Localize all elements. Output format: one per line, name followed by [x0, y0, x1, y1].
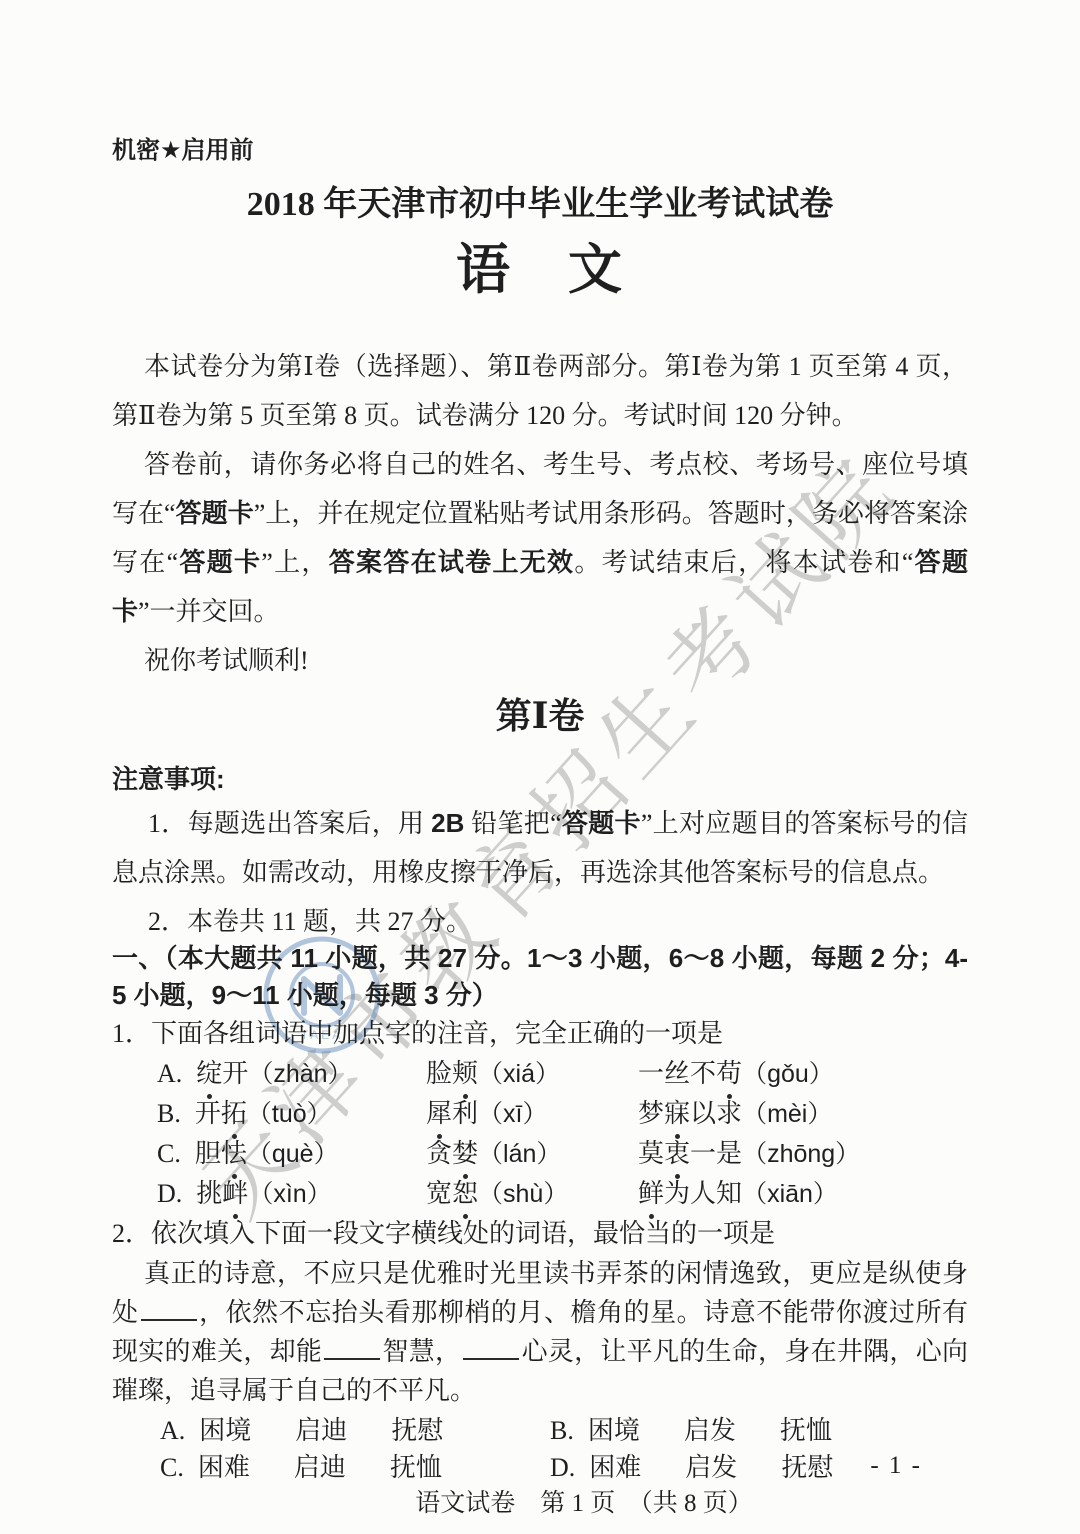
pinyin-annotation: （mèi）: [742, 1100, 832, 1128]
question-2-stem: 2．依次填入下面一段文字横线处的词语，最恰当的一项是: [112, 1214, 968, 1254]
page-number: - 1 -: [870, 1452, 922, 1480]
question-2: 2．依次填入下面一段文字横线处的词语，最恰当的一项是 真正的诗意，不应只是优雅时…: [112, 1214, 968, 1486]
option-label: D.: [157, 1174, 182, 1213]
option-term: D.挑衅（xìn）: [157, 1174, 426, 1214]
option-word: 困难: [198, 1453, 250, 1482]
intro-paragraph: 答卷前，请你务必将自己的姓名、考生号、考点校、考场号、座位号填写在“答题卡”上，…: [112, 440, 968, 636]
option-row: A.绽开（zhàn）脸颊（xiá）一丝不苟（gǒu）: [112, 1054, 968, 1094]
emphasized-char: 衷: [664, 1134, 690, 1173]
option-word: 困难: [589, 1453, 641, 1482]
bold-text: 答案答在试卷上无效: [329, 547, 575, 577]
notice-item: 1．每题选出答案后，用 2B 铅笔把“答题卡”上对应题目的答案标号的信息点涂黑。…: [112, 799, 968, 897]
emphasized-char: 颊: [452, 1054, 478, 1093]
option-word: 抚慰: [781, 1453, 833, 1482]
option-term: 脸颊（xiá）: [426, 1054, 638, 1094]
notice-title: 注意事项:: [112, 759, 968, 799]
char: 开: [222, 1054, 248, 1093]
char: 脸: [426, 1054, 452, 1093]
text: 祝你考试顺利!: [144, 646, 309, 675]
option-label: C.: [160, 1449, 184, 1486]
option-label: C.: [157, 1134, 181, 1173]
option-word: 困境: [588, 1416, 640, 1445]
bold-text: 2B: [431, 808, 464, 838]
option-word: 启发: [684, 1416, 736, 1445]
text: 铅笔把“: [464, 809, 561, 838]
option-row: A.困境启迪抚慰B.困境启发抚恤: [112, 1412, 968, 1449]
emphasized-char: 寐: [664, 1094, 690, 1133]
intro-paragraphs: 本试卷分为第Ⅰ卷（选择题）、第Ⅱ卷两部分。第Ⅰ卷为第 1 页至第 4 页，第Ⅱ卷…: [112, 342, 968, 685]
intro-paragraph: 祝你考试顺利!: [112, 636, 968, 685]
option-word: 抚慰: [391, 1416, 443, 1445]
question-1: 1．下面各组词语中加点字的注音，完全正确的一项是 A.绽开（zhàn）脸颊（xi…: [112, 1014, 968, 1214]
option-label: B.: [550, 1412, 574, 1449]
text: ”一并交回。: [138, 597, 280, 626]
option-word: 启迪: [294, 1453, 346, 1482]
subject-title: 语 文: [112, 238, 968, 302]
char: 是: [716, 1134, 742, 1173]
char: 知: [716, 1174, 742, 1213]
option-label: A.: [160, 1412, 185, 1449]
question-1-stem: 1．下面各组词语中加点字的注音，完全正确的一项是: [112, 1014, 968, 1054]
char: 胆: [195, 1134, 221, 1173]
option-term: 鲜为人知（xiān）: [638, 1174, 968, 1214]
option-word: 抚恤: [390, 1453, 442, 1482]
pinyin-annotation: （tuò）: [247, 1100, 332, 1128]
pinyin-annotation: （lán）: [478, 1140, 561, 1168]
option-row: C.胆怯（què）贪婪（lán）莫衷一是（zhōng）: [112, 1134, 968, 1174]
bold-text: 答题卡: [562, 808, 641, 838]
emphasized-char: 婪: [452, 1134, 478, 1173]
text: 本试卷分为第Ⅰ卷（选择题）、第Ⅱ卷两部分。第Ⅰ卷为第 1 页至第 4 页，第Ⅱ卷…: [112, 352, 968, 430]
option-term: B.开拓（tuò）: [157, 1094, 426, 1134]
char: 莫: [638, 1134, 664, 1173]
option-term: 宽恕（shù）: [426, 1174, 638, 1214]
fill-in-blank: [141, 1293, 197, 1321]
emphasized-char: 犀: [426, 1094, 452, 1133]
option-label: D.: [550, 1449, 575, 1486]
option-term: 一丝不苟（gǒu）: [638, 1054, 968, 1094]
option-word: 启发: [685, 1453, 737, 1482]
option-row: C.困难启迪抚恤D.困难启发抚慰: [112, 1449, 968, 1486]
option-term: 贪婪（lán）: [426, 1134, 638, 1174]
option-term: A.绽开（zhàn）: [157, 1054, 426, 1094]
pinyin-annotation: （xìn）: [248, 1180, 331, 1208]
pinyin-annotation: （zhōng）: [742, 1140, 860, 1168]
option-cell: A.困境启迪抚慰: [160, 1412, 550, 1449]
page-footer: 语文试卷 第 1 页 （共 8 页）: [156, 1490, 1012, 1518]
char: 求: [716, 1094, 742, 1133]
option-label: A.: [157, 1054, 182, 1093]
char: 为: [664, 1174, 690, 1213]
pinyin-annotation: （què）: [247, 1140, 339, 1168]
section-one-header: 一、（本大题共 11 小题，共 27 分。1～3 小题，6～8 小题，每题 2 …: [112, 940, 968, 1014]
text: ”上，: [261, 548, 328, 577]
option-term: 莫衷一是（zhōng）: [638, 1134, 968, 1174]
char: 利: [452, 1094, 478, 1133]
char: 宽: [426, 1174, 452, 1213]
text: 2．本卷共 11 题，共 27 分。: [148, 907, 472, 936]
option-word: 启迪: [295, 1416, 347, 1445]
page-content: 机密★启用前 2018 年天津市初中毕业生学业考试试卷 语 文 本试卷分为第Ⅰ卷…: [112, 0, 968, 1518]
option-cell: C.困难启迪抚恤: [160, 1449, 550, 1486]
option-row: D.挑衅（xìn）宽恕（shù）鲜为人知（xiān）: [112, 1174, 968, 1214]
emphasized-char: 绽: [196, 1054, 222, 1093]
fill-in-blank: [463, 1332, 519, 1360]
emphasized-char: 苟: [716, 1054, 742, 1093]
char: 一: [690, 1134, 716, 1173]
pinyin-annotation: （zhàn）: [248, 1060, 352, 1088]
bold-text: 答题卡: [178, 547, 261, 577]
notice-items: 1．每题选出答案后，用 2B 铅笔把“答题卡”上对应题目的答案标号的信息点涂黑。…: [112, 799, 968, 946]
bold-text: 答题卡: [176, 498, 254, 528]
option-word: 抚恤: [780, 1416, 832, 1445]
char: 丝: [664, 1054, 690, 1093]
intro-paragraph: 本试卷分为第Ⅰ卷（选择题）、第Ⅱ卷两部分。第Ⅰ卷为第 1 页至第 4 页，第Ⅱ卷…: [112, 342, 968, 440]
question-2-options: A.困境启迪抚慰B.困境启发抚恤C.困难启迪抚恤D.困难启发抚慰: [112, 1412, 968, 1486]
question-2-passage: 真正的诗意，不应只是优雅时光里读书弄茶的闲情逸致，更应是纵使身处，依然不忘抬头看…: [112, 1254, 968, 1410]
text: 。考试结束后，将本试卷和“: [574, 548, 913, 577]
fill-in-blank: [324, 1332, 380, 1360]
notice-item: 2．本卷共 11 题，共 27 分。: [112, 897, 968, 946]
option-row: B.开拓（tuò）犀利（xī）梦寐以求（mèi）: [112, 1094, 968, 1134]
pinyin-annotation: （xiān）: [742, 1180, 838, 1208]
text: 1．每题选出答案后，用: [148, 809, 431, 838]
emphasized-char: 拓: [221, 1094, 247, 1133]
emphasized-char: 恕: [452, 1174, 478, 1213]
pinyin-annotation: （xī）: [478, 1100, 547, 1128]
char: 贪: [426, 1134, 452, 1173]
text: 智慧，: [382, 1337, 461, 1366]
volume-heading: 第Ⅰ卷: [112, 689, 968, 743]
char: 挑: [196, 1174, 222, 1213]
char: 梦: [638, 1094, 664, 1133]
option-term: 梦寐以求（mèi）: [638, 1094, 968, 1134]
pinyin-annotation: （shù）: [478, 1180, 568, 1208]
question-1-options: A.绽开（zhàn）脸颊（xiá）一丝不苟（gǒu）B.开拓（tuò）犀利（xī…: [112, 1054, 968, 1214]
pinyin-annotation: （xiá）: [478, 1060, 560, 1088]
char: 以: [690, 1094, 716, 1133]
emphasized-char: 衅: [222, 1174, 248, 1213]
char: 开: [195, 1094, 221, 1133]
exam-title: 2018 年天津市初中毕业生学业考试试卷: [112, 182, 968, 228]
exam-page: 天津市教育招生考试院 TAEA 机密★启用前 2018 年天津市初中毕业生学业考…: [0, 0, 1080, 1534]
pinyin-annotation: （gǒu）: [742, 1060, 834, 1088]
char: 不: [690, 1054, 716, 1093]
emphasized-char: 怯: [221, 1134, 247, 1173]
char: 人: [690, 1174, 716, 1213]
option-label: B.: [157, 1094, 181, 1133]
option-word: 困境: [199, 1416, 251, 1445]
option-cell: B.困境启发抚恤: [550, 1412, 968, 1449]
option-term: 犀利（xī）: [426, 1094, 638, 1134]
emphasized-char: 鲜: [638, 1174, 664, 1213]
char: 一: [638, 1054, 664, 1093]
option-term: C.胆怯（què）: [157, 1134, 426, 1174]
confidential-label: 机密★启用前: [112, 136, 968, 166]
